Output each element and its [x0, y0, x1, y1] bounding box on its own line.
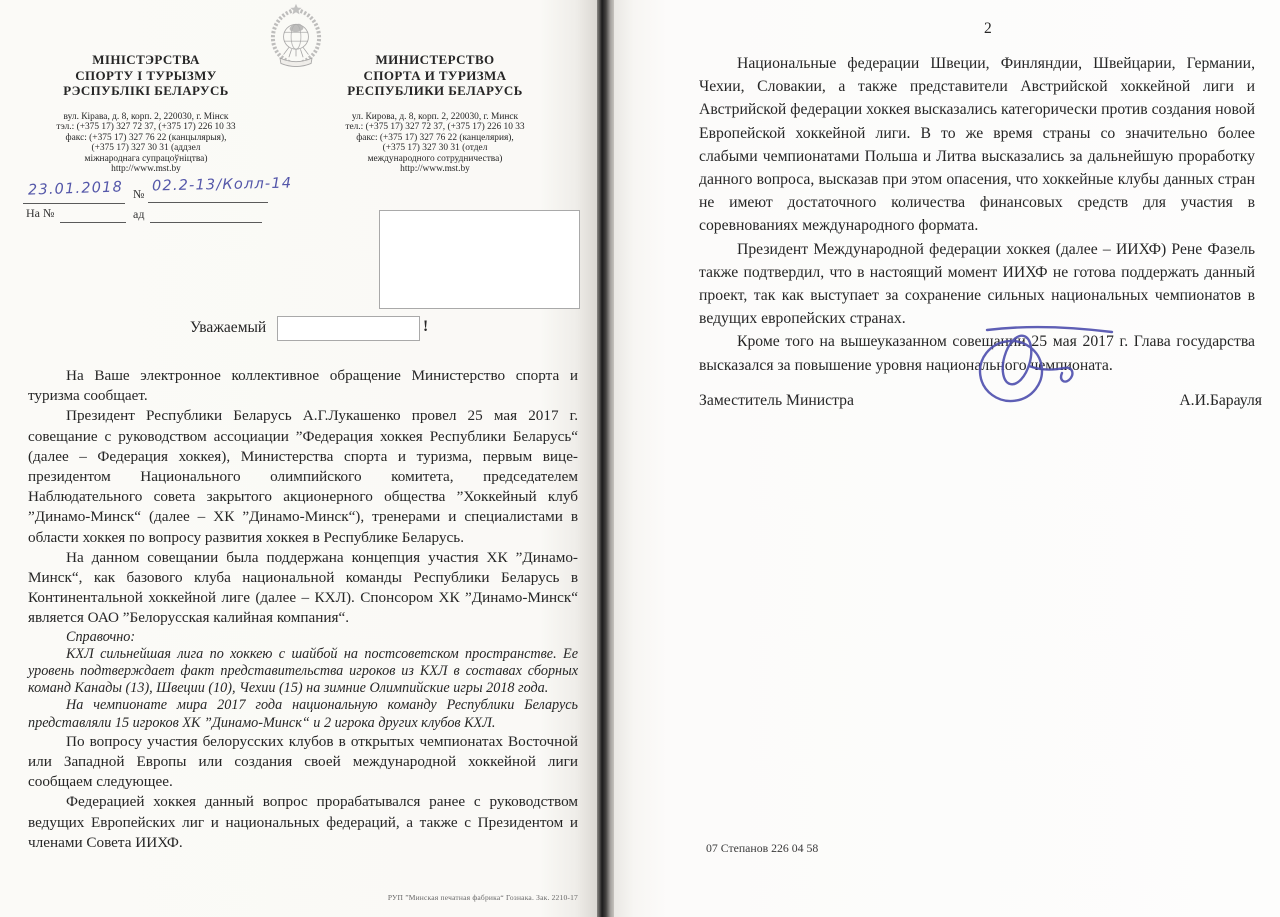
- body-paragraph: На данном совещании была поддержана конц…: [28, 548, 578, 629]
- executor-note: 07 Степанов 226 04 58: [706, 841, 818, 856]
- page-1: МІНІСТЭРСТВА СПОРТУ І ТУРЫЗМУ РЭСПУБЛІКІ…: [0, 0, 600, 917]
- salutation-exclamation: !: [423, 318, 428, 336]
- reference-note-paragraph: На чемпионате мира 2017 года национальну…: [28, 697, 578, 731]
- scanned-letter: МІНІСТЭРСТВА СПОРТУ І ТУРЫЗМУ РЭСПУБЛІКІ…: [0, 0, 1280, 917]
- page-2: 2 Национальные федерации Швеции, Финлянд…: [614, 0, 1280, 917]
- ministry-title-by-line3: РЭСПУБЛІКІ БЕЛАРУСЬ: [40, 83, 252, 99]
- ministry-title-ru-line1: МИНИСТЕРСТВО: [326, 52, 544, 68]
- address-block-ru: ул. Кирова, д. 8, корп. 2, 220030, г. Ми…: [326, 112, 544, 176]
- address-ru-line: (+375 17) 327 30 31 (отдел: [326, 143, 544, 154]
- reply-to-label: На №: [26, 206, 54, 221]
- address-block-by: вул. Кірава, д. 8, корп. 2, 220030, г. М…: [40, 112, 252, 176]
- address-ru-line: тел.: (+375 17) 327 72 37, (+375 17) 226…: [326, 122, 544, 133]
- body-paragraph: Федерацией хоккея данный вопрос прорабат…: [28, 792, 578, 853]
- print-shop-imprint: РУП ”Минская печатная фабрика“ Гознака. …: [0, 893, 578, 902]
- page-number: 2: [984, 20, 992, 38]
- ministry-title-by-line1: МІНІСТЭРСТВА: [40, 52, 252, 68]
- address-by-line: міжнароднага супрацоўніцтва): [40, 154, 252, 165]
- handwritten-ref-number: 02.2-13/Колл-14: [152, 176, 293, 195]
- signer-name: А.И.Барауля: [1179, 392, 1262, 410]
- redaction-box-recipient-name: [277, 316, 420, 341]
- reference-note-paragraph: КХЛ сильнейшая лига по хоккею с шайбой н…: [28, 646, 578, 698]
- address-by-line: факс: (+375 17) 327 76 22 (канцылярыя),: [40, 133, 252, 144]
- salutation: Уважаемый: [190, 319, 266, 337]
- signer-position: Заместитель Министра: [699, 392, 854, 410]
- date-underline: [23, 203, 125, 204]
- letter-body-page1: На Ваше электронное коллективное обращен…: [28, 366, 578, 853]
- website-url: http://www.mst.by: [326, 164, 544, 175]
- from-date-label: ад: [133, 207, 144, 222]
- address-by-line: (+375 17) 327 30 31 (аддзел: [40, 143, 252, 154]
- reply-number-blank-line: [60, 222, 126, 223]
- body-paragraph: Президент Международной федерации хоккея…: [699, 238, 1255, 331]
- page-spine: [597, 0, 615, 917]
- ministry-header-russian: МИНИСТЕРСТВО СПОРТА И ТУРИЗМА РЕСПУБЛИКИ…: [326, 52, 544, 175]
- number-underline: [148, 202, 268, 203]
- body-paragraph: Президент Республики Беларусь А.Г.Лукаше…: [28, 406, 578, 547]
- reference-note-heading: Справочно:: [28, 629, 578, 646]
- handwritten-date: 23.01.2018: [28, 179, 124, 198]
- body-paragraph: По вопросу участия белорусских клубов в …: [28, 732, 578, 793]
- ministry-header-belarusian: МІНІСТЭРСТВА СПОРТУ І ТУРЫЗМУ РЭСПУБЛІКІ…: [40, 52, 252, 175]
- signature-scribble-icon: [972, 322, 1134, 434]
- belarus-emblem-icon: [265, 3, 327, 67]
- ministry-title-by-line2: СПОРТУ І ТУРЫЗМУ: [40, 68, 252, 84]
- website-url: http://www.mst.by: [40, 164, 252, 175]
- address-ru-line: факс: (+375 17) 327 76 22 (канцелярия),: [326, 133, 544, 144]
- ministry-title-ru-line2: СПОРТА И ТУРИЗМА: [326, 68, 544, 84]
- body-paragraph: На Ваше электронное коллективное обращен…: [28, 366, 578, 406]
- number-sign-label: №: [133, 187, 144, 202]
- signature-block: Заместитель Министра А.И.Барауля: [699, 392, 1262, 410]
- address-by-line: тэл.: (+375 17) 327 72 37, (+375 17) 226…: [40, 122, 252, 133]
- from-date-blank-line: [150, 222, 262, 223]
- address-by-line: вул. Кірава, д. 8, корп. 2, 220030, г. М…: [40, 112, 252, 123]
- address-ru-line: ул. Кирова, д. 8, корп. 2, 220030, г. Ми…: [326, 112, 544, 123]
- ministry-title-ru-line3: РЕСПУБЛИКИ БЕЛАРУСЬ: [326, 83, 544, 99]
- address-ru-line: международного сотрудничества): [326, 154, 544, 165]
- redaction-box-recipient-address: [379, 210, 580, 309]
- body-paragraph: Национальные федерации Швеции, Финляндии…: [699, 52, 1255, 238]
